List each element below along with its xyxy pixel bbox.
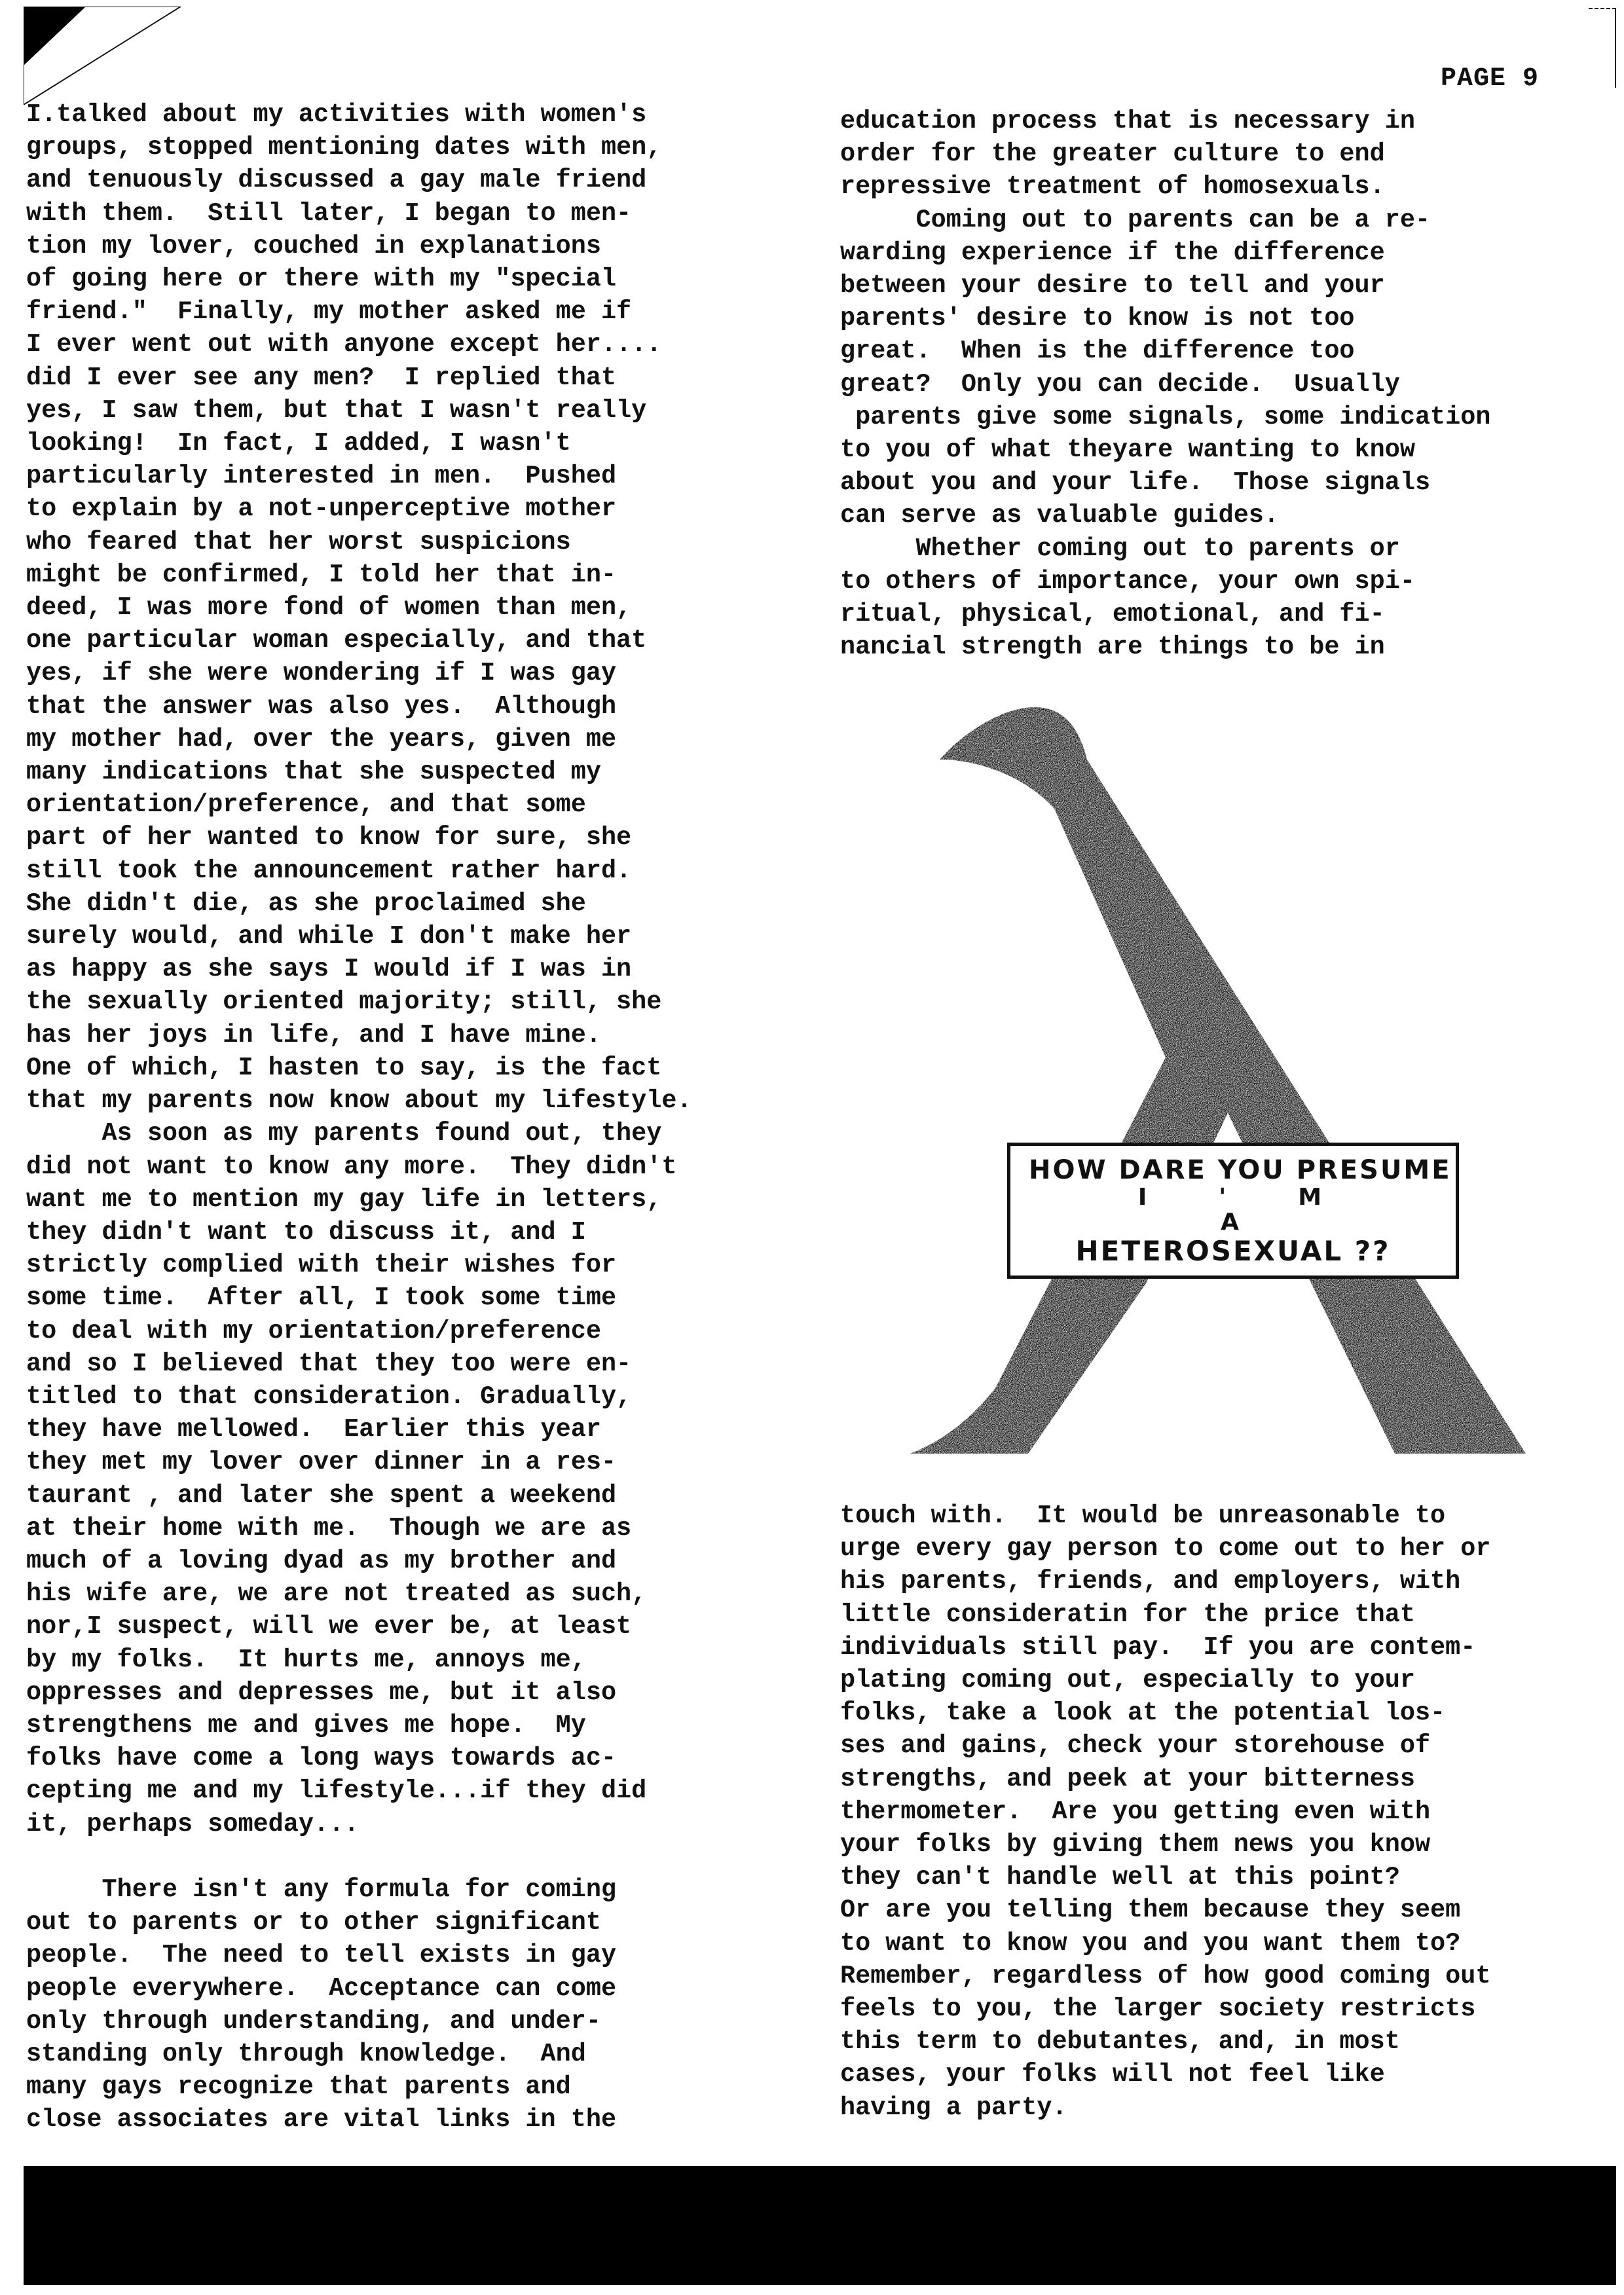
text-line: nor,I suspect, will we ever be, at least <box>26 1610 692 1643</box>
text-line: feels to you, the larger society restric… <box>840 1992 1490 2025</box>
text-line: by my folks. It hurts me, annoys me, <box>26 1643 692 1676</box>
text-line: did not want to know any more. They didn… <box>26 1150 692 1183</box>
text-line: they didn't want to discuss it, and I <box>26 1216 692 1249</box>
text-line: they met my lover over dinner in a res- <box>26 1446 692 1478</box>
text-line: cases, your folks will not feel like <box>840 2058 1490 2091</box>
sign-line-2: I'M A <box>1010 1185 1456 1235</box>
text-line: of going here or there with my "special <box>26 263 692 295</box>
text-line: standing only through knowledge. And <box>26 2038 692 2070</box>
text-line: between your desire to tell and your <box>840 269 1490 302</box>
text-line: as happy as she says I would if I was in <box>26 953 692 985</box>
text-line: urge every gay person to come out to her… <box>840 1532 1490 1565</box>
text-line: particularly interested in men. Pushed <box>26 460 692 492</box>
text-line: warding experience if the difference <box>840 236 1490 269</box>
text-line: want me to mention my gay life in letter… <box>26 1183 692 1216</box>
text-line: who feared that her worst suspicions <box>26 526 692 559</box>
text-line: many indications that she suspected my <box>26 756 692 788</box>
right-column-bottom-text: touch with. It would be unreasonable tou… <box>840 1499 1490 2124</box>
text-line: much of a loving dyad as my brother and <box>26 1545 692 1577</box>
text-line: Remember, regardless of how good coming … <box>840 1960 1490 1992</box>
text-line: One of which, I hasten to say, is the fa… <box>26 1052 692 1084</box>
text-line: about you and your life. Those signals <box>840 466 1490 499</box>
text-line: they can't handle well at this point? <box>840 1861 1490 1894</box>
text-line: orientation/preference, and that some <box>26 788 692 821</box>
text-line: might be confirmed, I told her that in- <box>26 559 692 591</box>
text-line: can serve as valuable guides. <box>840 499 1490 532</box>
text-line: repressive treatment of homosexuals. <box>840 170 1490 203</box>
text-line: order for the greater culture to end <box>840 138 1490 170</box>
text-line: his parents, friends, and employers, wit… <box>840 1565 1490 1598</box>
text-line: at their home with me. Though we are as <box>26 1512 692 1545</box>
text-line: to explain by a not-unperceptive mother <box>26 492 692 525</box>
text-line: little consideratin for the price that <box>840 1598 1490 1631</box>
text-line: oppresses and depresses me, but it also <box>26 1676 692 1709</box>
text-line: they have mellowed. Earlier this year <box>26 1413 692 1446</box>
text-line: one particular woman especially, and tha… <box>26 624 692 657</box>
text-line: tion my lover, couched in explanations <box>26 230 692 263</box>
protest-sign: HOW DARE YOU PRESUME I'M A HETEROSEXUAL … <box>1007 1143 1459 1279</box>
text-line: that my parents now know about my lifest… <box>26 1084 692 1117</box>
text-line: friend." Finally, my mother asked me if <box>26 295 692 328</box>
text-line: and so I believed that they too were en- <box>26 1348 692 1380</box>
text-line: thermometer. Are you getting even with <box>840 1795 1490 1828</box>
text-line: education process that is necessary in <box>840 105 1490 138</box>
text-line: people. The need to tell exists in gay <box>26 1939 692 1972</box>
text-line: titled to that consideration. Gradually, <box>26 1380 692 1413</box>
text-line: As soon as my parents found out, they <box>26 1117 692 1150</box>
text-line: deed, I was more fond of women than men, <box>26 591 692 624</box>
right-column-top-text: education process that is necessary inor… <box>840 105 1490 663</box>
text-line: strictly complied with their wishes for <box>26 1249 692 1281</box>
text-line: yes, I saw them, but that I wasn't reall… <box>26 394 692 427</box>
lambda-illustration <box>871 694 1578 1463</box>
text-line: I.talked about my activities with women'… <box>26 98 692 131</box>
text-line: and tenuously discussed a gay male frien… <box>26 164 692 196</box>
text-line: only through understanding, and under- <box>26 2005 692 2038</box>
text-line: parents' desire to know is not too <box>840 302 1490 335</box>
text-line: still took the announcement rather hard. <box>26 854 692 887</box>
text-line <box>26 1841 692 1873</box>
text-line: yes, if she were wondering if I was gay <box>26 657 692 689</box>
text-line: surely would, and while I don't make her <box>26 920 692 953</box>
text-line: many gays recognize that parents and <box>26 2070 692 2103</box>
text-line: to want to know you and you want them to… <box>840 1927 1490 1960</box>
text-line: touch with. It would be unreasonable to <box>840 1499 1490 1532</box>
text-line: to deal with my orientation/preference <box>26 1315 692 1348</box>
text-line: There isn't any formula for coming <box>26 1873 692 1906</box>
page-edge-mark <box>1589 8 1616 88</box>
text-line: Whether coming out to parents or <box>840 532 1490 565</box>
text-line: did I ever see any men? I replied that <box>26 361 692 394</box>
text-line: ses and gains, check your storehouse of <box>840 1729 1490 1762</box>
text-line: people everywhere. Acceptance can come <box>26 1972 692 2005</box>
folded-corner-icon <box>24 7 181 105</box>
text-line: part of her wanted to know for sure, she <box>26 821 692 854</box>
text-line: that the answer was also yes. Although <box>26 690 692 723</box>
sign-line-1: HOW DARE YOU PRESUME <box>1010 1155 1456 1185</box>
text-line: cepting me and my lifestyle...if they di… <box>26 1774 692 1807</box>
text-line: looking! In fact, I added, I wasn't <box>26 427 692 460</box>
text-line: She didn't die, as she proclaimed she <box>26 887 692 920</box>
text-line: nancial strength are things to be in <box>840 631 1490 663</box>
sign-line-3: HETEROSEXUAL ?? <box>1010 1235 1456 1268</box>
text-line: ritual, physical, emotional, and fi- <box>840 598 1490 631</box>
text-line: individuals still pay. If you are contem… <box>840 1631 1490 1664</box>
text-line: parents give some signals, some indicati… <box>840 401 1490 433</box>
text-line: some time. After all, I took some time <box>26 1281 692 1314</box>
left-column-text: I.talked about my activities with women'… <box>26 98 692 2137</box>
text-line: your folks by giving them news you know <box>840 1828 1490 1861</box>
text-line: taurant , and later she spent a weekend <box>26 1479 692 1512</box>
text-line: to you of what theyare wanting to know <box>840 433 1490 466</box>
text-line: out to parents or to other significant <box>26 1906 692 1939</box>
text-line: folks, take a look at the potential los- <box>840 1697 1490 1729</box>
text-line: strengths, and peek at your bitterness <box>840 1763 1490 1795</box>
text-line: folks have come a long ways towards ac- <box>26 1742 692 1774</box>
text-line: great. When is the difference too <box>840 335 1490 367</box>
text-line: this term to debutantes, and, in most <box>840 2025 1490 2058</box>
text-line: plating coming out, especially to your <box>840 1664 1490 1697</box>
text-line: Coming out to parents can be a re- <box>840 204 1490 236</box>
text-line: I ever went out with anyone except her..… <box>26 328 692 361</box>
text-line: has her joys in life, and I have mine. <box>26 1019 692 1052</box>
text-line: my mother had, over the years, given me <box>26 723 692 756</box>
page-number: PAGE 9 <box>1441 64 1539 94</box>
text-line: to others of importance, your own spi- <box>840 565 1490 598</box>
text-line: with them. Still later, I began to men- <box>26 197 692 230</box>
text-line: his wife are, we are not treated as such… <box>26 1577 692 1610</box>
text-line: close associates are vital links in the <box>26 2103 692 2136</box>
text-line: Or are you telling them because they see… <box>840 1894 1490 1926</box>
text-line: strengthens me and gives me hope. My <box>26 1709 692 1742</box>
text-line: great? Only you can decide. Usually <box>840 368 1490 401</box>
text-line: groups, stopped mentioning dates with me… <box>26 131 692 164</box>
text-line: having a party. <box>840 2091 1490 2124</box>
text-line: it, perhaps someday... <box>26 1808 692 1841</box>
text-line: the sexually oriented majority; still, s… <box>26 985 692 1018</box>
redaction-bar <box>24 2166 1616 2285</box>
